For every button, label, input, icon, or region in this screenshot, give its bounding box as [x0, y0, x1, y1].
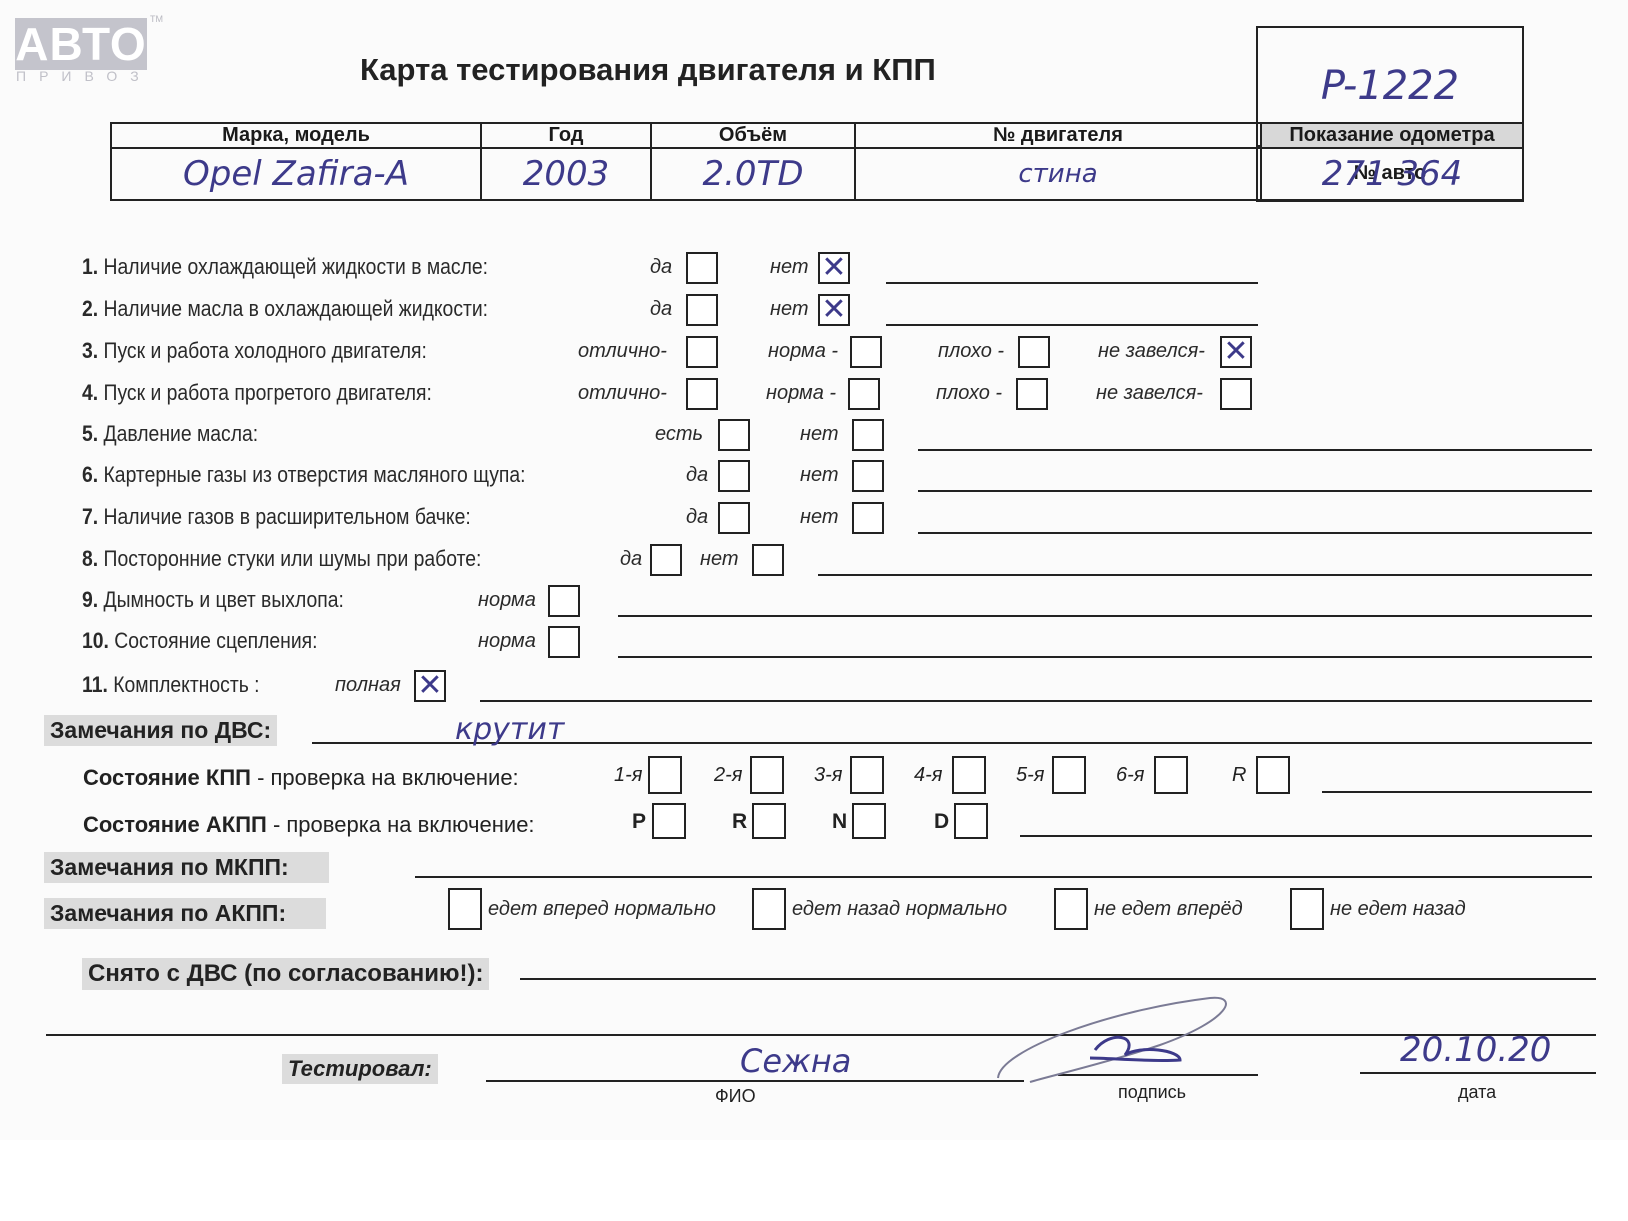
question-4: 4. Пуск и работа прогретого двигателя:	[82, 380, 432, 406]
gear-checkbox[interactable]	[850, 756, 884, 794]
manual-gearbox-line	[1322, 791, 1592, 793]
name-caption: ФИО	[715, 1086, 756, 1107]
checkbox[interactable]	[686, 252, 718, 284]
checkbox[interactable]: ✕	[1220, 336, 1252, 368]
option-label: есть	[655, 423, 703, 446]
tested-by-label: Тестировал:	[282, 1054, 438, 1084]
question-number: 5.	[82, 421, 104, 446]
mkpp-remarks-line	[415, 876, 1592, 878]
option-label: не завелся-	[1098, 340, 1205, 363]
option-label: да	[620, 548, 642, 571]
question-2: 2. Наличие масла в охлаждающей жидкости:	[82, 296, 488, 322]
engine-remarks-label: Замечания по ДВС:	[44, 715, 277, 746]
remark-line	[480, 700, 1592, 702]
checkbox[interactable]: ✕	[414, 670, 446, 702]
odometer-value[interactable]: 271 364	[1261, 148, 1523, 200]
test-card-sheet: АВТО TM ПРИВОЗ Карта тестирования двигат…	[0, 0, 1628, 1140]
question-1: 1. Наличие охлаждающей жидкости в масле:	[82, 254, 488, 280]
akpp-remark-checkbox[interactable]	[1290, 888, 1324, 930]
option-label: норма	[478, 589, 536, 612]
volume-value[interactable]: 2.0TD	[651, 148, 855, 200]
col-engine-number: № двигателя	[855, 123, 1261, 148]
checkbox[interactable]	[1016, 378, 1048, 410]
checkbox[interactable]	[1220, 378, 1252, 410]
question-text: Давление масла:	[104, 421, 259, 446]
question-7: 7. Наличие газов в расширительном бачке:	[82, 504, 471, 530]
remark-line	[618, 615, 1592, 617]
question-text: Картерные газы из отверстия масляного щу…	[104, 462, 526, 487]
checkbox[interactable]	[718, 502, 750, 534]
akpp-remark-checkbox[interactable]	[752, 888, 786, 930]
remark-line	[918, 449, 1592, 451]
checkbox[interactable]	[718, 460, 750, 492]
checkbox[interactable]	[752, 544, 784, 576]
gear-label: 3-я	[814, 764, 842, 787]
auto-gearbox-label-rest: - проверка на включение:	[267, 812, 535, 837]
question-number: 7.	[82, 504, 104, 529]
checkbox[interactable]	[686, 294, 718, 326]
option-label: нет	[800, 506, 839, 529]
question-11: 11. Комплектность :	[82, 672, 260, 698]
gear-checkbox[interactable]	[752, 803, 786, 839]
gear-checkbox[interactable]	[1154, 756, 1188, 794]
removed-line	[520, 978, 1596, 980]
make-model-value[interactable]: Opel Zafira-A	[111, 148, 481, 200]
tester-name[interactable]: Сежна	[740, 1042, 851, 1080]
akpp-remark-label: не едет назад	[1330, 898, 1466, 921]
vehicle-info-table: Марка, модель Год Объём № двигателя Пока…	[110, 122, 1524, 201]
manual-gearbox-label-rest: - проверка на включение:	[251, 765, 519, 790]
checkbox[interactable]	[686, 378, 718, 410]
option-label: да	[686, 464, 708, 487]
col-year: Год	[481, 123, 651, 148]
akpp-remark-label: едет назад нормально	[792, 898, 1007, 921]
question-text: Посторонние стуки или шумы при работе:	[104, 546, 482, 571]
test-date[interactable]: 20.10.20	[1400, 1030, 1551, 1070]
remark-line	[818, 574, 1592, 576]
question-number: 10.	[82, 628, 114, 653]
remark-line	[918, 532, 1592, 534]
option-label: плохо -	[936, 382, 1002, 405]
question-number: 9.	[82, 587, 104, 612]
remark-line	[918, 490, 1592, 492]
auto-gearbox-label: Состояние АКПП - проверка на включение:	[83, 812, 535, 838]
checkbox[interactable]	[852, 502, 884, 534]
question-number: 3.	[82, 338, 104, 363]
option-label: отлично-	[578, 340, 667, 363]
gear-checkbox[interactable]	[1052, 756, 1086, 794]
checkbox[interactable]	[650, 544, 682, 576]
gear-label: R	[1232, 764, 1246, 787]
check-mark-icon: ✕	[821, 253, 846, 283]
option-label: отлично-	[578, 382, 667, 405]
question-number: 8.	[82, 546, 104, 571]
auto-gearbox-label-bold: Состояние АКПП	[83, 812, 267, 837]
logo: АВТО	[15, 18, 147, 70]
question-number: 6.	[82, 462, 104, 487]
akpp-remark-checkbox[interactable]	[1054, 888, 1088, 930]
page-title: Карта тестирования двигателя и КПП	[360, 52, 936, 88]
question-10: 10. Состояние сцепления:	[82, 628, 318, 654]
question-6: 6. Картерные газы из отверстия масляного…	[82, 462, 526, 488]
gear-checkbox[interactable]	[852, 803, 886, 839]
question-number: 4.	[82, 380, 104, 405]
logo-subtitle: ПРИВОЗ	[16, 68, 152, 84]
remark-line	[886, 282, 1258, 284]
question-text: Дымность и цвет выхлопа:	[104, 587, 344, 612]
date-caption: дата	[1458, 1082, 1496, 1103]
question-text: Наличие газов в расширительном бачке:	[104, 504, 471, 529]
option-label: нет	[800, 423, 839, 446]
checkbox[interactable]	[548, 585, 580, 617]
option-label: да	[650, 256, 672, 279]
gear-checkbox[interactable]	[954, 803, 988, 839]
year-value[interactable]: 2003	[481, 148, 651, 200]
option-label: нет	[770, 256, 809, 279]
question-5: 5. Давление масла:	[82, 421, 258, 447]
separator-line	[46, 1034, 1596, 1036]
gear-checkbox[interactable]	[750, 756, 784, 794]
manual-gearbox-label: Состояние КПП - проверка на включение:	[83, 765, 519, 791]
mkpp-remarks-label: Замечания по МКПП:	[44, 852, 329, 883]
gear-label: D	[934, 810, 949, 834]
gear-label: N	[832, 810, 847, 834]
akpp-remark-checkbox[interactable]	[448, 888, 482, 930]
option-label: норма -	[768, 340, 838, 363]
question-text: Наличие масла в охлаждающей жидкости:	[104, 296, 489, 321]
check-mark-icon: ✕	[417, 671, 442, 701]
gear-checkbox[interactable]	[648, 756, 682, 794]
question-3: 3. Пуск и работа холодного двигателя:	[82, 338, 427, 364]
checkbox[interactable]	[718, 419, 750, 451]
akpp-remark-label: не едет вперёд	[1094, 898, 1243, 921]
option-label: нет	[770, 298, 809, 321]
signature-caption: подпись	[1118, 1082, 1186, 1103]
checkbox[interactable]	[686, 336, 718, 368]
question-text: Пуск и работа прогретого двигателя:	[104, 380, 432, 405]
question-number: 11.	[82, 672, 113, 697]
remark-line	[618, 656, 1592, 658]
checkbox[interactable]: ✕	[818, 294, 850, 326]
logo-tm: TM	[150, 14, 163, 24]
gear-label: P	[632, 810, 646, 834]
checkbox[interactable]: ✕	[818, 252, 850, 284]
date-line	[1360, 1072, 1596, 1074]
option-label: плохо -	[938, 340, 1004, 363]
checkbox[interactable]	[850, 336, 882, 368]
gear-checkbox[interactable]	[1256, 756, 1290, 794]
remark-line	[886, 324, 1258, 326]
removed-label: Снято с ДВС (по согласованию!):	[82, 958, 489, 990]
gear-label: 6-я	[1116, 764, 1144, 787]
gear-label: 4-я	[914, 764, 942, 787]
question-text: Комплектность :	[113, 672, 259, 697]
check-mark-icon: ✕	[1223, 337, 1248, 367]
gear-label: 2-я	[714, 764, 742, 787]
logo-brand: АВТО	[15, 18, 146, 70]
checkbox[interactable]	[1018, 336, 1050, 368]
gear-label: 5-я	[1016, 764, 1044, 787]
gear-label: R	[732, 810, 747, 834]
gear-label: 1-я	[614, 764, 642, 787]
option-label: норма	[478, 630, 536, 653]
checkbox[interactable]	[852, 419, 884, 451]
checkbox[interactable]	[852, 460, 884, 492]
option-label: нет	[700, 548, 739, 571]
gear-checkbox[interactable]	[652, 803, 686, 839]
engine-number-value[interactable]: стина	[855, 148, 1261, 200]
signature-icon	[990, 990, 1240, 1090]
question-text: Наличие охлаждающей жидкости в масле:	[104, 254, 489, 279]
check-mark-icon: ✕	[821, 295, 846, 325]
option-label: норма -	[766, 382, 836, 405]
checkbox[interactable]	[548, 626, 580, 658]
col-volume: Объём	[651, 123, 855, 148]
option-label: нет	[800, 464, 839, 487]
question-9: 9. Дымность и цвет выхлопа:	[82, 587, 344, 613]
option-label: да	[686, 506, 708, 529]
option-label: полная	[335, 674, 401, 697]
question-8: 8. Посторонние стуки или шумы при работе…	[82, 546, 481, 572]
option-label: да	[650, 298, 672, 321]
akpp-remarks-label: Замечания по АКПП:	[44, 898, 326, 929]
option-label: не завелся-	[1096, 382, 1203, 405]
question-number: 1.	[82, 254, 104, 279]
question-number: 2.	[82, 296, 104, 321]
auto-gearbox-line	[1020, 835, 1592, 837]
question-text: Состояние сцепления:	[114, 628, 317, 653]
akpp-remark-label: едет вперед нормально	[488, 898, 716, 921]
manual-gearbox-label-bold: Состояние КПП	[83, 765, 251, 790]
col-odometer: Показание одометра	[1261, 123, 1523, 148]
checkbox[interactable]	[848, 378, 880, 410]
gear-checkbox[interactable]	[952, 756, 986, 794]
col-make-model: Марка, модель	[111, 123, 481, 148]
name-line	[486, 1080, 1024, 1082]
question-text: Пуск и работа холодного двигателя:	[104, 338, 427, 363]
engine-remarks-value[interactable]: крутит	[455, 712, 564, 747]
